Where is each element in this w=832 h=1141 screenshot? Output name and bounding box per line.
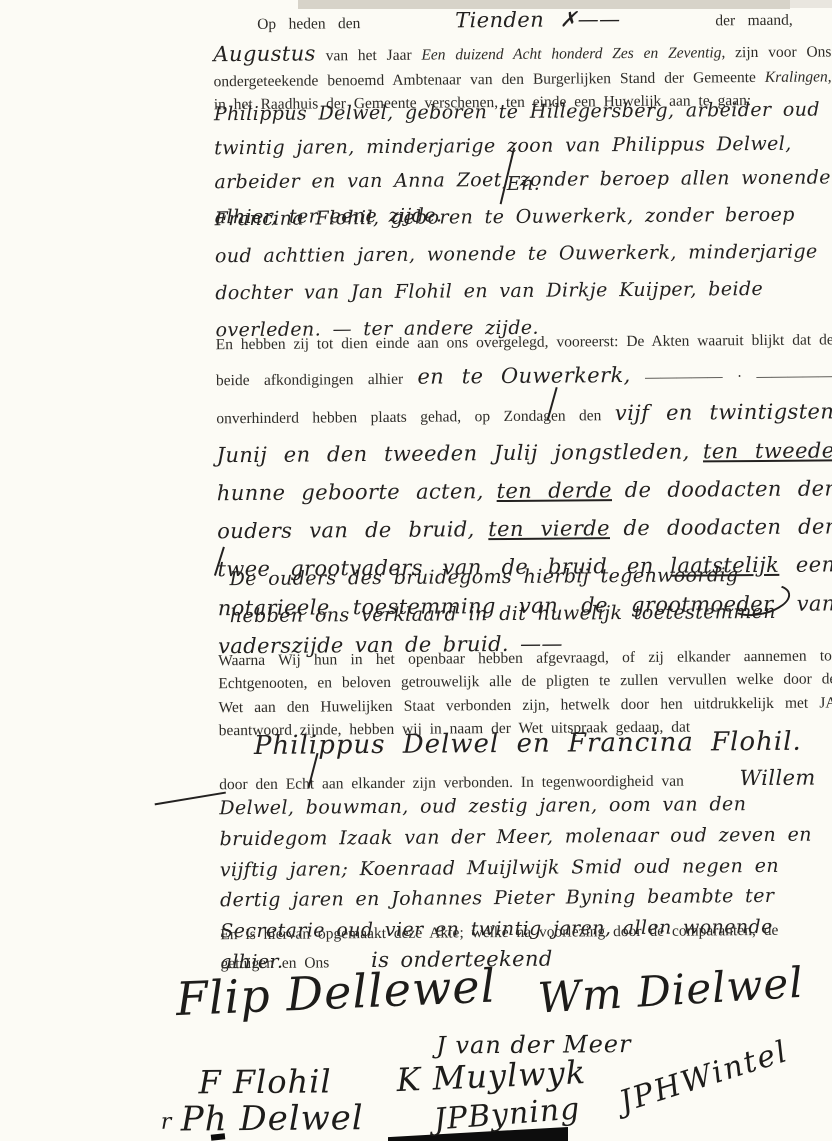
handwritten-after-tweede: hunne geboorte acten,	[217, 479, 484, 505]
handwritten-ten-derde: ten derde	[496, 478, 612, 503]
signature-father: Ph Delwel	[181, 1098, 364, 1139]
documents-printed-b: onverhinderd hebben plaats gehad, op Zon…	[216, 408, 601, 428]
blank-dash-line: ————— · —————	[645, 368, 832, 386]
pen-stroke	[155, 792, 226, 806]
intro-printed-1: Op heden den	[257, 15, 360, 33]
intro-printed-3a: van het Jaar	[326, 46, 412, 64]
vows-printed-text: Waarna Wij hun in het openbaar hebben af…	[218, 647, 832, 739]
signature-ambtenaar: JPHWintel	[615, 1034, 792, 1120]
handwritten-month: Augustus	[213, 41, 316, 66]
signature-mark: r	[161, 1110, 173, 1135]
consent-entry: De ouders des bruidegoms hierbij tegenwo…	[229, 557, 820, 636]
intro-printed-2: der maand,	[715, 12, 793, 30]
signature-bride: F Flohil	[198, 1062, 331, 1101]
handwritten-place: en te Ouwerkerk,	[417, 363, 630, 389]
handwritten-ten-vierde: ten vierde	[488, 516, 610, 541]
form-blank-space	[373, 27, 443, 28]
spouse-names-line: Philippus Delwel en Francina Flohil.	[219, 726, 832, 761]
handwritten-day: Tienden ✗——	[455, 7, 620, 32]
gemeente-name: Kralingen	[765, 68, 828, 85]
handwritten-first-witness: Willem	[739, 766, 815, 791]
year-italic: Een duizend Acht honderd Zes en Zeventig	[421, 44, 721, 63]
signature-byning: JPByning	[433, 1091, 582, 1137]
form-blank-space	[633, 25, 703, 26]
bride-entry-text: Francina Flohil, geboren te Ouwerkerk, z…	[215, 204, 818, 342]
en-word-text: En.	[507, 173, 541, 195]
consent-entry-text: De ouders des bruidegoms hierbij tegenwo…	[229, 564, 776, 627]
handwritten-ten-tweede: ten tweede	[703, 438, 832, 463]
document-page: Op heden den Tienden ✗—— der maand, Augu…	[0, 0, 832, 1141]
spouse-names-text: Philippus Delwel en Francina Flohil.	[254, 727, 802, 761]
